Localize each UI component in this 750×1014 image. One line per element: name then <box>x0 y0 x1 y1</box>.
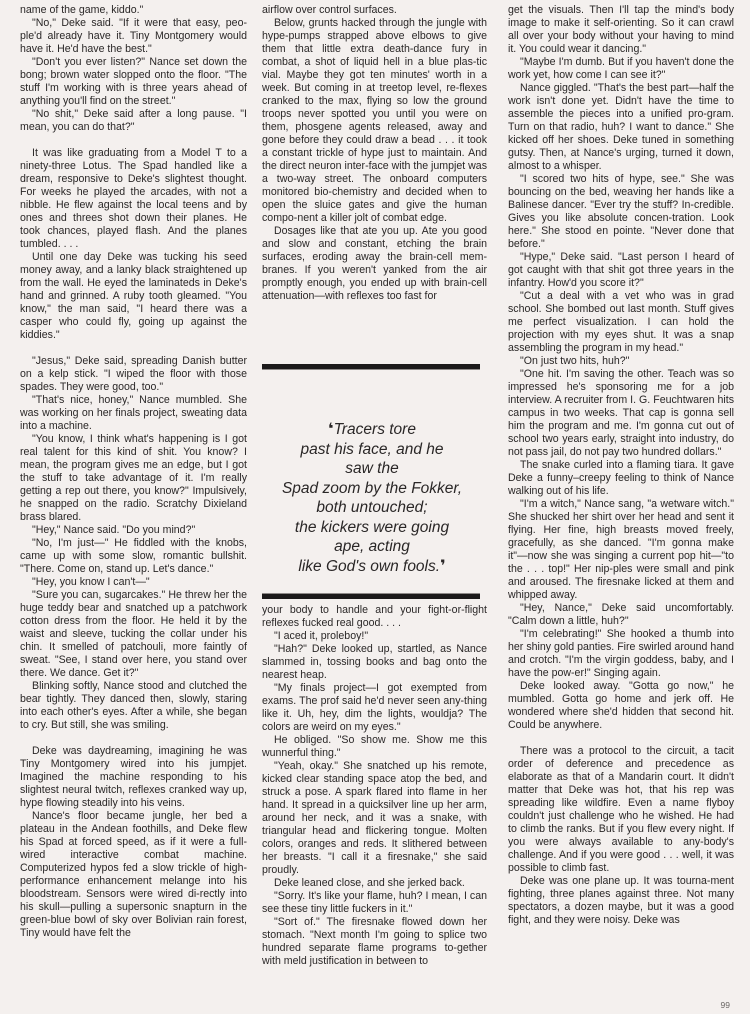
paragraph: "On just two hits, huh?" <box>508 355 734 368</box>
paragraph: airflow over control surfaces. <box>262 4 487 17</box>
paragraph: Nance giggled. "That's the best part—hal… <box>508 82 734 173</box>
middle-text-column-bottom: your body to handle and your fight-or-fl… <box>262 604 487 968</box>
paragraph: The snake curled into a flaming tiara. I… <box>508 459 734 498</box>
pull-quote-line: Tracers tore <box>334 421 416 438</box>
paragraph: "Cut a deal with a vet who was in grad s… <box>508 290 734 355</box>
paragraph: "Sort of." The firesnake flowed down her… <box>262 916 487 968</box>
paragraph: He obliged. "So show me. Show me this wu… <box>262 734 487 760</box>
pull-quote-top-rule <box>262 364 480 370</box>
pull-quote-line: the kickers were going <box>295 519 449 536</box>
pull-quote-line: both untouched; <box>316 499 427 516</box>
paragraph: "Jesus," Deke said, spreading Danish but… <box>20 355 247 394</box>
paragraph: "Yeah, okay." She snatched up his remote… <box>262 760 487 877</box>
paragraph: "Hype," Deke said. "Last person I heard … <box>508 251 734 290</box>
paragraph: "Hey, Nance," Deke said uncomfortably. "… <box>508 602 734 628</box>
pull-quote-line: saw the <box>345 460 398 477</box>
left-text-column: name of the game, kiddo.""No," Deke said… <box>20 4 247 940</box>
pull-quote-line: Spad zoom by the Fokker, <box>282 480 462 497</box>
paragraph: "You know, I think what's happening is I… <box>20 433 247 524</box>
paragraph: "That's nice, honey," Nance mumbled. She… <box>20 394 247 433</box>
paragraph: "My finals project—I got exempted from e… <box>262 682 487 734</box>
right-text-column: get the visuals. Then I'll tap the mind'… <box>508 4 734 927</box>
pull-quote-line: ape, acting <box>334 538 410 555</box>
paragraph: "I'm a witch," Nance sang, "a wetware wi… <box>508 498 734 602</box>
paragraph: "Hey, you know I can't—" <box>20 576 247 589</box>
paragraph: "I'm celebrating!" She hooked a thumb in… <box>508 628 734 680</box>
paragraph: "Maybe I'm dumb. But if you haven't done… <box>508 56 734 82</box>
paragraph: "Hey," Nance said. "Do you mind?" <box>20 524 247 537</box>
paragraph: get the visuals. Then I'll tap the mind'… <box>508 4 734 56</box>
paragraph: "Hah?" Deke looked up, startled, as Nanc… <box>262 643 487 682</box>
pull-quote-bottom-rule <box>262 593 480 599</box>
paragraph: name of the game, kiddo." <box>20 4 247 17</box>
paragraph: "No," Deke said. "If it were that easy, … <box>20 17 247 56</box>
paragraph: "Don't you ever listen?" Nance set down … <box>20 56 247 108</box>
paragraph: "I scored two hits of hype, see." She wa… <box>508 173 734 251</box>
paragraph: Deke was daydreaming, imagining he was T… <box>20 745 247 810</box>
paragraph: Until one day Deke was tucking his seed … <box>20 251 247 342</box>
pull-quote: ❛Tracers tore past his face, and he saw … <box>262 420 482 576</box>
paragraph: Nance's floor became jungle, her bed a p… <box>20 810 247 940</box>
paragraph: "Sorry. It's like your flame, huh? I mea… <box>262 890 487 916</box>
pull-quote-line: like God's own fools. <box>298 558 440 575</box>
paragraph: Blinking softly, Nance stood and clutche… <box>20 680 247 732</box>
pull-quote-line: past his face, and he <box>300 441 443 458</box>
paragraph: Below, grunts hacked through the jungle … <box>262 17 487 225</box>
paragraph: "One hit. I'm saving the other. Teach wa… <box>508 368 734 459</box>
paragraph: It was like graduating from a Model T to… <box>20 147 247 251</box>
paragraph: "I aced it, proleboy!" <box>262 630 487 643</box>
page-number: 99 <box>721 1000 730 1010</box>
paragraph: Dosages like that ate you up. Ate you go… <box>262 225 487 303</box>
middle-text-column-top: airflow over control surfaces.Below, gru… <box>262 4 487 303</box>
paragraph: Deke was one plane up. It was tourna-men… <box>508 875 734 927</box>
paragraph: "No shit," Deke said after a long pause.… <box>20 108 247 134</box>
paragraph: "No, I'm just—" He fiddled with the knob… <box>20 537 247 576</box>
paragraph: your body to handle and your fight-or-fl… <box>262 604 487 630</box>
magazine-page: name of the game, kiddo.""No," Deke said… <box>0 0 750 1014</box>
paragraph: "Sure you can, sugarcakes." He threw her… <box>20 589 247 680</box>
paragraph: Deke looked away. "Gotta go now," he mum… <box>508 680 734 732</box>
paragraph: There was a protocol to the circuit, a t… <box>508 745 734 875</box>
close-quote-mark-icon: ❜ <box>440 558 446 575</box>
paragraph: Deke leaned close, and she jerked back. <box>262 877 487 890</box>
